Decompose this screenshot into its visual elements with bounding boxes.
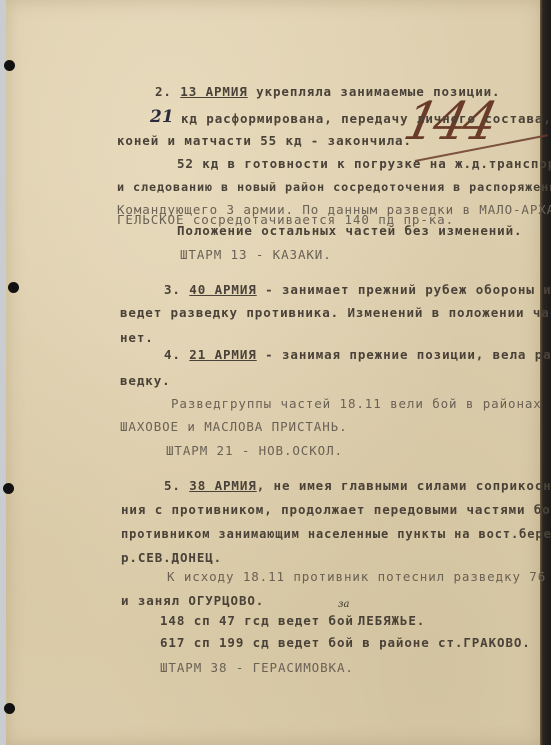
paragraph-2-heading: 2. 13 АРМИЯ укрепляла занимаемые позиции… [155, 85, 500, 99]
punch-hole [8, 282, 19, 293]
text-line: 148 сп 47 гсд ведет бойЛЕБЯЖЬЕ. [160, 614, 425, 628]
text-line: 617 сп 199 сд ведет бой в районе ст.ГРАК… [160, 636, 531, 650]
staff-location: ШТАРМ 38 - ГЕРАСИМОВКА. [160, 661, 354, 675]
paragraph-lead: укрепляла занимаемые позиции. [256, 84, 500, 99]
text-line: Разведгруппы частей 18.11 вели бой в рай… [171, 397, 542, 411]
text-line: К исходу 18.11 противник потеснил развед… [167, 570, 551, 584]
paragraph-number: 5. [164, 478, 181, 493]
paragraph-number: 3. [164, 282, 181, 297]
paragraph-number: 4. [164, 347, 181, 362]
paragraph-number: 2. [155, 84, 172, 99]
paragraph-4-heading: 4. 21 АРМИЯ - занимая прежние позиции, в… [164, 348, 551, 362]
text-line: ведет разведку противника. Изменений в п… [120, 306, 551, 320]
text-line: коней и матчасти 55 кд - закончила. [117, 134, 412, 148]
text-line: 52 кд в готовности к погрузке на ж.д.тра… [177, 157, 551, 171]
text-segment: ЛЕБЯЖЬЕ. [358, 613, 425, 628]
paragraph-3-heading: 3. 40 АРМИЯ - занимает прежний рубеж обо… [164, 283, 551, 297]
text-segment: 148 сп 47 гсд ведет бой [160, 613, 354, 628]
staff-location: ШТАРМ 13 - КАЗАКИ. [180, 248, 332, 262]
text-line: Положение остальных частей без изменений… [177, 224, 522, 238]
text-line: противником занимающим населенные пункты… [121, 527, 551, 541]
army-name: 13 АРМИЯ [180, 84, 247, 99]
army-name: 38 АРМИЯ [189, 478, 256, 493]
text-line: ния с противником, продолжает передовыми… [121, 503, 551, 517]
paragraph-lead: , не имея главными силами соприкоснове- [257, 478, 551, 493]
handwritten-insert: за [338, 599, 349, 610]
punch-hole [3, 483, 14, 494]
staff-location: ШТАРМ 21 - НОВ.ОСКОЛ. [166, 444, 343, 458]
paragraph-lead: - занимая прежние позиции, вела раз- [265, 347, 551, 362]
army-name: 40 АРМИЯ [189, 282, 256, 297]
text-line: кд расформирована, передачу личного сост… [181, 112, 551, 126]
handwritten-number-21: 21 [150, 107, 174, 127]
paragraph-lead: - занимает прежний рубеж обороны и [265, 282, 551, 297]
text-line: ведку. [120, 374, 171, 388]
text-line: нет. [120, 331, 154, 345]
punch-hole [4, 60, 15, 71]
text-line: и занял ОГУРЦОВО. [121, 594, 264, 608]
text-line: р.СЕВ.ДОНЕЦ. [121, 551, 222, 565]
paragraph-5-heading: 5. 38 АРМИЯ, не имея главными силами соп… [164, 479, 551, 493]
army-name: 21 АРМИЯ [189, 347, 256, 362]
punch-hole [4, 703, 15, 714]
text-line: и следованию в новый район сосредоточени… [117, 180, 551, 194]
text-line: ШАХОВОЕ и МАСЛОВА ПРИСТАНЬ. [120, 420, 348, 434]
